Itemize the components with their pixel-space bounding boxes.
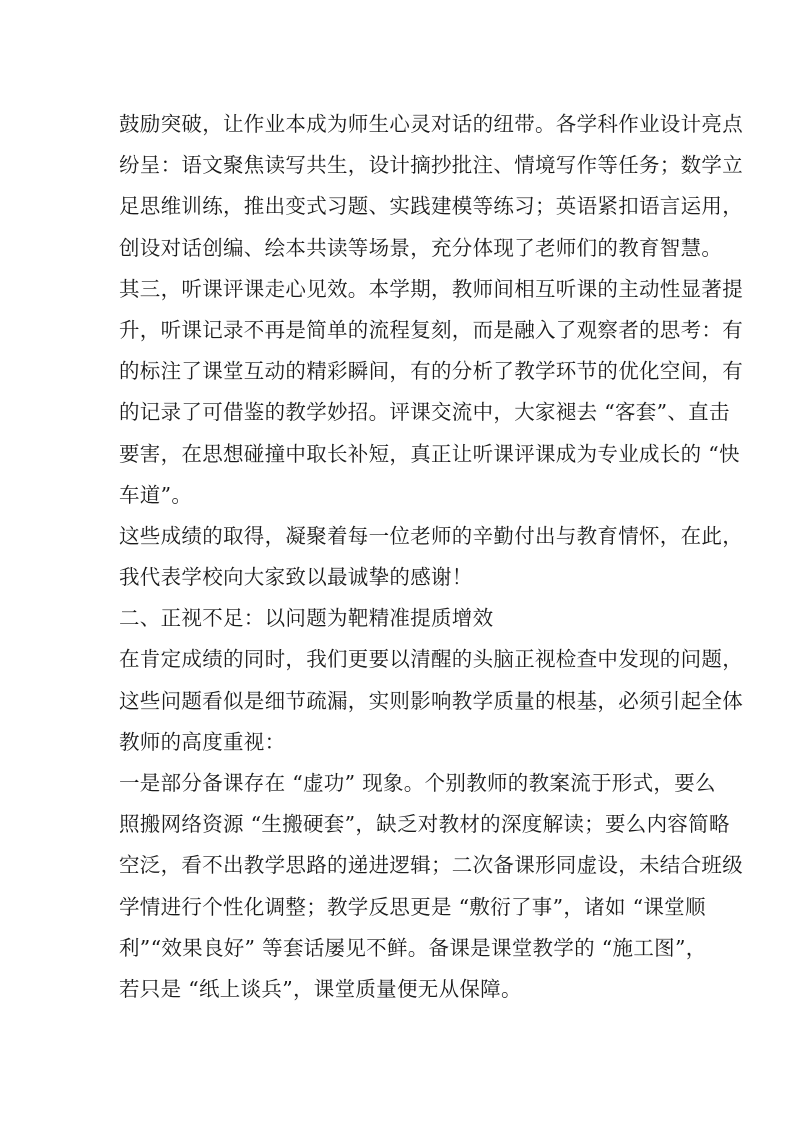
paragraph-line: 车道”。	[119, 475, 679, 516]
paragraph-line: 的记录了可借鉴的教学妙招。评课交流中，大家褪去 “客套”、直击	[119, 392, 679, 433]
paragraph-line: 鼓励突破，让作业本成为师生心灵对话的纽带。各学科作业设计亮点	[119, 104, 679, 145]
paragraph-line: 这些成绩的取得，凝聚着每一位老师的辛勤付出与教育情怀，在此，	[119, 516, 679, 557]
paragraph-line: 其三，听课评课走心见效。本学期，教师间相互听课的主动性显著提	[119, 269, 679, 310]
paragraph-line: 利”“效果良好” 等套话屡见不鲜。备课是课堂教学的 “施工图”，	[119, 928, 679, 969]
paragraph-line: 要害，在思想碰撞中取长补短，真正让听课评课成为专业成长的 “快	[119, 434, 679, 475]
paragraph-line: 空泛，看不出教学思路的递进逻辑；二次备课形同虚设，未结合班级	[119, 845, 679, 886]
paragraph-line: 我代表学校向大家致以最诚挚的感谢！	[119, 557, 679, 598]
paragraph-line: 足思维训练，推出变式习题、实践建模等练习；英语紧扣语言运用，	[119, 186, 679, 227]
paragraph-line: 纷呈：语文聚焦读写共生，设计摘抄批注、情境写作等任务；数学立	[119, 145, 679, 186]
paragraph-line: 照搬网络资源 “生搬硬套”，缺乏对教材的深度解读；要么内容简略	[119, 804, 679, 845]
paragraph-line: 学情进行个性化调整；教学反思更是 “敷衍了事”，诸如 “课堂顺	[119, 887, 679, 928]
paragraph-line: 教师的高度重视：	[119, 722, 679, 763]
paragraph-line: 一是部分备课存在 “虚功” 现象。个别教师的教案流于形式，要么	[119, 763, 679, 804]
paragraph-line: 创设对话创编、绘本共读等场景，充分体现了老师们的教育智慧。	[119, 228, 679, 269]
paragraph-line: 的标注了课堂互动的精彩瞬间，有的分析了教学环节的优化空间，有	[119, 351, 679, 392]
paragraph-line: 这些问题看似是细节疏漏，实则影响教学质量的根基，必须引起全体	[119, 681, 679, 722]
paragraph-line: 在肯定成绩的同时，我们更要以清醒的头脑正视检查中发现的问题，	[119, 639, 679, 680]
document-page: 鼓励突破，让作业本成为师生心灵对话的纽带。各学科作业设计亮点 纷呈：语文聚焦读写…	[119, 104, 679, 1010]
paragraph-line: 若只是 “纸上谈兵”，课堂质量便无从保障。	[119, 969, 679, 1010]
section-heading: 二、正视不足：以问题为靶精准提质增效	[119, 598, 679, 639]
paragraph-line: 升，听课记录不再是简单的流程复刻，而是融入了观察者的思考：有	[119, 310, 679, 351]
